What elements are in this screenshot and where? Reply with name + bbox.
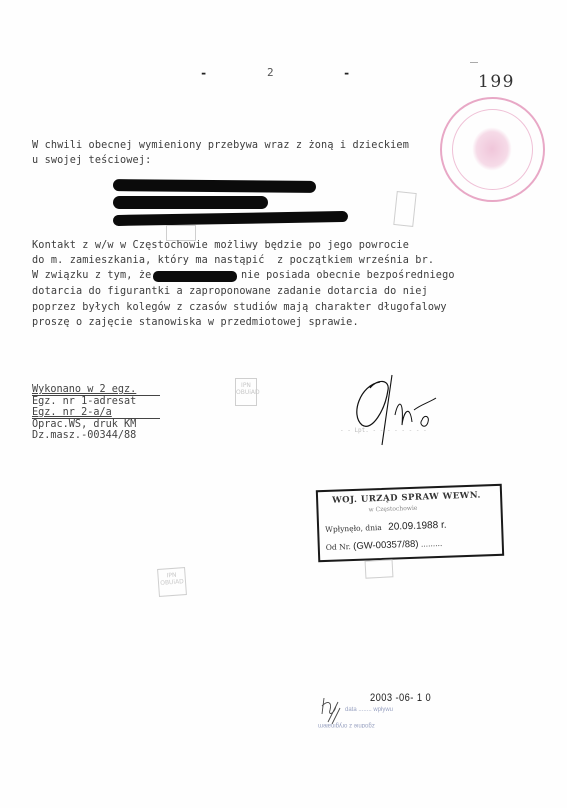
archive-date-stamp: 2003 -06- 1 0 (370, 692, 442, 704)
body-line-end: nie posiada obecnie bezpośredniego (241, 270, 455, 281)
page-marker-right-dash: - (343, 66, 350, 80)
archive-stamp-line1: data ........ wpływu (345, 707, 393, 713)
body-line: W chwili obecnej wymieniony przebywa wra… (32, 140, 409, 151)
ipn-stamp-text: OBUiAD (236, 389, 256, 396)
body-line: do m. zamieszkania, który ma nastąpić z … (32, 255, 434, 266)
svg-text:- - Lpt. - - - - - - - -: - - Lpt. - - - - - - - - (340, 427, 427, 434)
distribution-line: Egz. nr 2-a/a (32, 407, 136, 419)
underline-rule (32, 418, 160, 419)
redaction-bar (113, 196, 268, 209)
faint-ipn-stamp (365, 559, 394, 578)
registry-stamp-ref: Od Nr. (GW-00357/88) ......... (326, 538, 443, 553)
received-label: Wpłynęło, dnia (325, 523, 382, 534)
faint-ipn-stamp (166, 225, 196, 241)
distribution-line: Oprac.WS, druk KM (32, 419, 136, 431)
folio-tick (470, 62, 478, 63)
received-date: 20.09.1988 r. (388, 520, 447, 533)
faint-ipn-stamp: IPN OBUiAD (235, 378, 257, 406)
body-line: dotarcia do figurantki a zaproponowane z… (32, 286, 428, 297)
registry-stamp-sub: w Częstochowie (368, 505, 417, 514)
ipn-stamp-text: IPN (236, 382, 256, 389)
body-line: proszę o zajęcie stanowiska w przedmioto… (32, 317, 359, 328)
archive-date: 2003 -06- 1 0 (370, 692, 431, 704)
ref-label: Od Nr. (326, 542, 351, 552)
registry-received-stamp: WOJ. URZĄD SPRAW WEWN. w Częstochowie Wp… (316, 484, 504, 562)
body-line: poprzez byłych kolegów z czasów studiów … (32, 302, 447, 313)
redaction-bar (113, 211, 348, 226)
registry-stamp-received: Wpłynęło, dnia 20.09.1988 r. (325, 520, 447, 535)
redaction-bar-name (153, 271, 237, 282)
registry-stamp-header: WOJ. URZĄD SPRAW WEWN. (332, 491, 481, 506)
body-line-start: W związku z tym, że (32, 270, 151, 281)
page-marker-left-dash: - (200, 66, 207, 80)
body-line: Kontakt z w/w w Częstochowie możliwy będ… (32, 240, 409, 251)
ipn-stamp-text: OBUiAD (159, 578, 185, 587)
faint-ipn-stamp (393, 191, 416, 227)
distribution-list: Wykonano w 2 egz. Egz. nr 1-adresat Egz.… (32, 384, 136, 442)
body-line: u swojej teściowej: (32, 155, 151, 166)
handwritten-signature: - - Lpt. - - - - - - - - (340, 370, 460, 450)
archive-initials-signature (318, 694, 344, 728)
eagle-emblem-icon (472, 127, 512, 171)
ref-value: (GW-00357/88) (353, 539, 419, 552)
page-number: 2 (267, 66, 274, 79)
folio-number: 199 (478, 72, 515, 92)
distribution-line: Dz.masz.-00344/88 (32, 430, 136, 442)
underline-rule (32, 395, 160, 396)
redaction-bar (113, 179, 316, 193)
distribution-line: Wykonano w 2 egz. (32, 384, 136, 396)
ref-suffix: ......... (421, 539, 443, 549)
distribution-line: Egz. nr 1-adresat (32, 396, 136, 408)
official-seal-stamp (440, 97, 545, 202)
faint-ipn-stamp: IPN OBUiAD (157, 567, 187, 597)
